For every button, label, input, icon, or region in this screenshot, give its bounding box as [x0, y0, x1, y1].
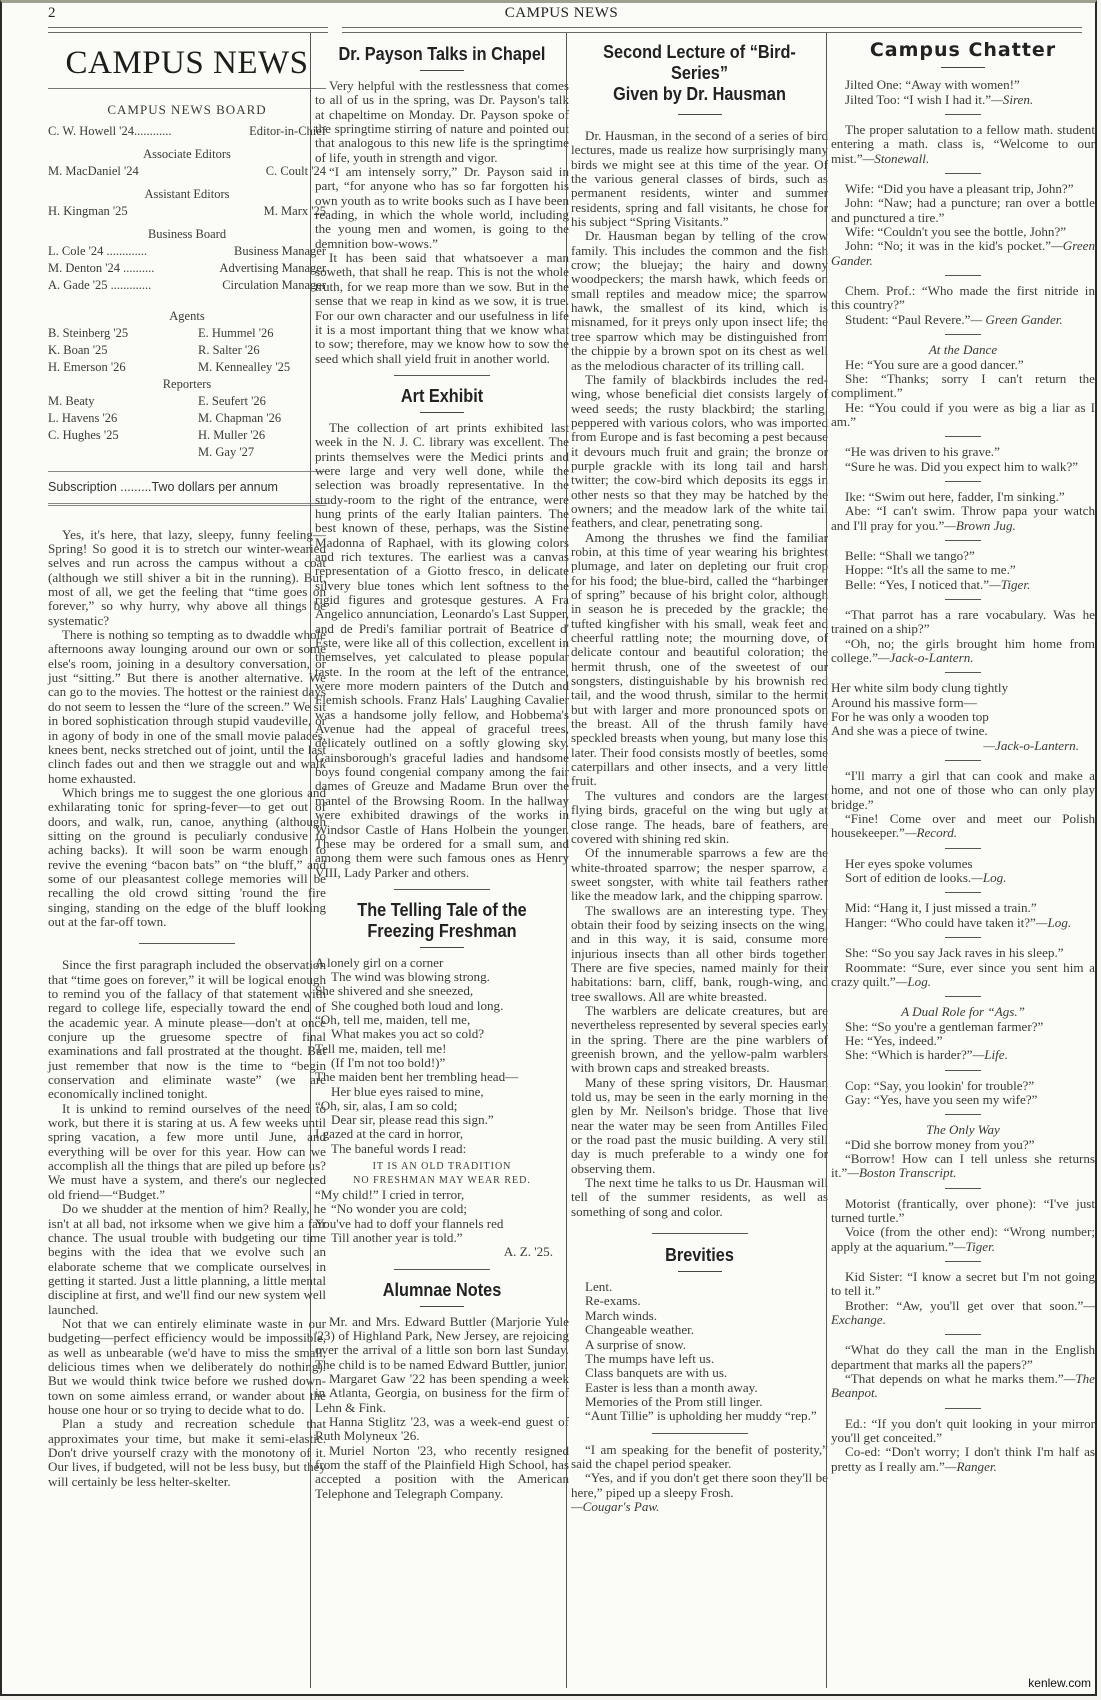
headline-rule	[420, 947, 464, 948]
chatter-source: —Green Gander.	[831, 238, 1095, 267]
chatter-item-title: At the Dance	[831, 343, 1095, 357]
editor-name: C. W. Howell '24	[48, 124, 134, 138]
article-paragraph: Very helpful with the restlessness that …	[315, 79, 569, 165]
chatter-line: Hoppe: “It's all the same to me.”	[831, 563, 1095, 577]
chatter-item: “That parrot has a rare vocabulary. Was …	[831, 608, 1095, 665]
article-paragraph: The family of blackbirds includes the re…	[571, 373, 828, 531]
staff-name: M. Beaty	[48, 393, 198, 410]
headline-campus-chatter: Campus Chatter	[831, 43, 1095, 57]
assistant-editors-row: H. Kingman '25 M. Marx '25	[48, 203, 326, 220]
headline-payson: Dr. Payson Talks in Chapel	[330, 43, 554, 64]
chatter-line: “He was driven to his grave.”	[831, 445, 1095, 459]
poem-line: Till another year is told.”	[315, 1231, 569, 1245]
board-title: CAMPUS NEWS BOARD	[48, 103, 326, 117]
chatter-line: “What do they call the man in the Englis…	[831, 1343, 1095, 1372]
chatter-line: Kid Sister: “I know a secret but I'm not…	[831, 1270, 1095, 1299]
staff-name	[48, 444, 198, 461]
editorial-paragraph: Plan a study and recreation schedule tha…	[48, 1417, 326, 1489]
poem-line: Dear sir, please read this sign.”	[315, 1113, 569, 1127]
headline-rule	[420, 70, 464, 71]
item-divider	[945, 1114, 981, 1115]
brevity-item: A surprise of snow.	[571, 1338, 828, 1352]
poem-line: She coughed both loud and long.	[315, 999, 569, 1013]
poem-sign-line: IT IS AN OLD TRADITION	[315, 1160, 569, 1174]
chatter-item: Belle: “Shall we tango?”Hoppe: “It's all…	[831, 549, 1095, 592]
poem-line: The wind was blowing strong.	[315, 970, 569, 984]
staff-name: H. Muller '26	[198, 427, 326, 444]
staff-name: B. Steinberg '25	[48, 325, 198, 342]
chatter-line: “Did she borrow money from you?”	[831, 1138, 1095, 1152]
poem-line: (If I'm not too bold!)”	[315, 1056, 569, 1070]
article-paragraph: The next time he talks to us Dr. Hausman…	[571, 1176, 828, 1219]
chatter-line: Belle: “Yes, I noticed that.”—Tiger.	[831, 578, 1095, 592]
poem-stanza: A lonely girl on a cornerThe wind was bl…	[315, 956, 569, 1156]
newspaper-page: 2 CAMPUS NEWS CAMPUS NEWS CAMPUS NEWS BO…	[0, 0, 1097, 1696]
item-divider	[945, 275, 981, 276]
chatter-line: “Oh, no; the girls brought him home from…	[831, 637, 1095, 666]
chatter-line: “Fine! Come over and meet our Polish hou…	[831, 812, 1095, 841]
item-divider	[945, 173, 981, 174]
staff-name: M. Kennealley '25	[198, 359, 326, 376]
editor-row: C. W. Howell '24............ Editor-in-C…	[48, 123, 326, 140]
item-divider	[945, 1261, 981, 1262]
column-three: Second Lecture of “Bird-Series” Given by…	[566, 33, 828, 1688]
chatter-line: John: “No; it was in the kid's pocket.”—…	[831, 239, 1095, 268]
item-divider	[945, 1408, 981, 1409]
verse-line: And she was a piece of twine.	[831, 724, 1095, 738]
chatter-line: “Sure he was. Did you expect him to walk…	[831, 460, 1095, 474]
chatter-line: Co-ed: “Don't worry; I don't think I'm h…	[831, 1445, 1095, 1474]
staff-name: M. Denton '24	[48, 261, 120, 275]
poem-line: “Oh, tell me, maiden, tell me,	[315, 1013, 569, 1027]
poem-stanza: “My child!” I cried in terror,“No wonder…	[315, 1188, 569, 1245]
staff-name: M. Chapman '26	[198, 410, 326, 427]
item-divider	[945, 114, 981, 115]
reporters-label: Reporters	[48, 376, 326, 393]
item-divider	[945, 996, 981, 997]
chatter-line: She: “Thanks; sorry I can't return the c…	[831, 372, 1095, 401]
verse-line: Around his massive form—	[831, 696, 1095, 710]
poem-signature: A. Z. '25.	[315, 1245, 569, 1259]
item-divider	[945, 848, 981, 849]
business-board-label: Business Board	[48, 226, 326, 243]
chatter-source: —Life.	[973, 1047, 1008, 1062]
brevity-item: Memories of the Prom still linger.	[571, 1395, 828, 1409]
staff-name: C. Hughes '25	[48, 427, 198, 444]
poem-line: “My child!” I cried in terror,	[315, 1188, 569, 1202]
item-divider	[945, 1070, 981, 1071]
chatter-item: “He was driven to his grave.”“Sure he wa…	[831, 445, 1095, 474]
verse-line: Her white silm body clung tightly	[831, 681, 1095, 695]
chatter-line: “That depends on what he marks them.”—Th…	[831, 1372, 1095, 1401]
column-campus-chatter: Campus Chatter Jilted One: “Away with wo…	[826, 33, 1095, 1688]
article-paragraph: The vultures and condors are the largest…	[571, 789, 828, 846]
chatter-line: Cop: “Say, you lookin' for trouble?”	[831, 1079, 1095, 1093]
headline-rule	[678, 1271, 722, 1272]
chatter-line: “Borrow! How can I tell unless she retur…	[831, 1152, 1095, 1181]
chatter-line: Ike: “Swim out here, fadder, I'm sinking…	[831, 490, 1095, 504]
staff-name: A. Gade '25	[48, 278, 108, 292]
staff-name: L. Cole '24	[48, 244, 103, 258]
poem-line: Her blue eyes raised to mine,	[315, 1085, 569, 1099]
chatter-source: —Exchange.	[831, 1298, 1095, 1327]
chatter-line: She: “So you're a gentleman farmer?”	[831, 1020, 1095, 1034]
brevity-item: Easter is less than a month away.	[571, 1381, 828, 1395]
item-divider	[945, 672, 981, 673]
chatter-source: — Green Gander.	[970, 312, 1062, 327]
staff-name: R. Salter '26	[198, 342, 326, 359]
poem-line: I gazed at the card in horror,	[315, 1127, 569, 1141]
article-paragraph: Dr. Hausman, in the second of a series o…	[571, 129, 828, 229]
joke-source: —Cougar's Paw.	[571, 1500, 828, 1514]
chatter-item: Kid Sister: “I know a secret but I'm not…	[831, 1270, 1095, 1327]
chatter-line: Jilted Too: “I wish I had it.”—Siren.	[831, 93, 1095, 107]
article-paragraph: The swallows are an interesting type. Th…	[571, 904, 828, 1004]
article-paragraph: Many of these spring visitors, Dr. Hausm…	[571, 1076, 828, 1176]
masthead-rule	[48, 88, 326, 89]
editorial-paragraph: It is unkind to remind ourselves of the …	[48, 1102, 326, 1202]
subscription-line: Subscription .........Two dollars per an…	[48, 471, 326, 505]
editorial-paragraph: Not that we can entirely eliminate waste…	[48, 1317, 326, 1417]
section-divider	[652, 1233, 748, 1234]
leader-dots: .............	[111, 278, 152, 292]
chatter-item: Mid: “Hang it, I just missed a train.”Ha…	[831, 901, 1095, 930]
brevity-item: Re-exams.	[571, 1294, 828, 1308]
chatter-item: At the DanceHe: “You sure are a good dan…	[831, 343, 1095, 429]
verse-line: For he was only a wooden top	[831, 710, 1095, 724]
headline-brevities: Brevities	[586, 1244, 812, 1265]
chatter-line: Mid: “Hang it, I just missed a train.”	[831, 901, 1095, 915]
chatter-item: Her white silm body clung tightlyAround …	[831, 681, 1095, 753]
chatter-item-title: The Only Way	[831, 1123, 1095, 1137]
headline-rule	[420, 1306, 464, 1307]
chatter-line: The proper salutation to a fellow math. …	[831, 123, 1095, 166]
chatter-item: The Only Way“Did she borrow money from y…	[831, 1123, 1095, 1180]
staff-name: M. MacDaniel '24	[48, 163, 139, 180]
article-paragraph: Of the innumerable sparrows a few are th…	[571, 846, 828, 903]
business-row: L. Cole '24 ............. Business Manag…	[48, 243, 326, 260]
chatter-line: Belle: “Shall we tango?”	[831, 549, 1095, 563]
chatter-item: Jilted One: “Away with women!”Jilted Too…	[831, 78, 1095, 107]
article-paragraph: Muriel Norton '23, who recently resigned…	[315, 1444, 569, 1501]
agents-label: Agents	[48, 308, 326, 325]
chatter-item: She: “So you say Jack raves in his sleep…	[831, 946, 1095, 989]
business-row: A. Gade '25 ............. Circulation Ma…	[48, 277, 326, 294]
article-paragraph: The warblers are delicate creatures, but…	[571, 1004, 828, 1076]
chatter-line: Her eyes spoke volumes	[831, 857, 1095, 871]
headline-rule	[678, 114, 722, 115]
chatter-line: Wife: “Couldn't you see the bottle, John…	[831, 225, 1095, 239]
poem-line: You've had to doff your flannels red	[315, 1217, 569, 1231]
chatter-line: Jilted One: “Away with women!”	[831, 78, 1095, 92]
chatter-line: Sort of edition de looks.—Log.	[831, 871, 1095, 885]
chatter-line: Ed.: “If you don't quit looking in your …	[831, 1417, 1095, 1446]
headline-bird-series-line2: Given by Dr. Hausman	[586, 83, 812, 104]
staff-name: E. Seufert '26	[198, 393, 326, 410]
chatter-line: Brother: “Aw, you'll get over that soon.…	[831, 1299, 1095, 1328]
item-divider	[945, 937, 981, 938]
column-two: Dr. Payson Talks in Chapel Very helpful …	[310, 33, 569, 1688]
chatter-source: —Log.	[1036, 915, 1071, 930]
section-divider	[652, 1433, 748, 1434]
brevities-list: Lent.Re-exams.March winds.Changeable wea…	[571, 1280, 828, 1423]
brevity-item: “Aunt Tillie” is upholding her muddy “re…	[571, 1409, 828, 1423]
item-divider	[945, 481, 981, 482]
chatter-source: —Log.	[971, 870, 1006, 885]
chatter-source: —Siren.	[991, 92, 1033, 107]
poem-line: The maiden bent her trembling head—	[315, 1070, 569, 1084]
headline-freezing-freshman: The Telling Tale of the Freezing Freshma…	[330, 899, 554, 941]
chatter-line: Hanger: “Who could have taken it?”—Log.	[831, 916, 1095, 930]
brevity-item: March winds.	[571, 1309, 828, 1323]
article-paragraph: Hanna Stiglitz '23, was a week-end guest…	[315, 1415, 569, 1444]
chatter-item: Motorist (frantically, over phone): “I'v…	[831, 1197, 1095, 1254]
chatter-item: The proper salutation to a fellow math. …	[831, 123, 1095, 166]
agents-list: B. Steinberg '25 E. Hummel '26 K. Boan '…	[48, 325, 326, 376]
editorial-paragraph: Since the first paragraph included the o…	[48, 958, 326, 1101]
section-divider	[394, 1269, 490, 1270]
staff-name: K. Boan '25	[48, 342, 198, 359]
chatter-item: Cop: “Say, you lookin' for trouble?”Gay:…	[831, 1079, 1095, 1108]
chatter-item: Ike: “Swim out here, fadder, I'm sinking…	[831, 490, 1095, 533]
leader-dots: ............	[134, 124, 172, 138]
item-divider	[945, 892, 981, 893]
chatter-line: John: “Naw; had a puncture; ran over a b…	[831, 196, 1095, 225]
chatter-line: She: “Which is harder?”—Life.	[831, 1048, 1095, 1062]
item-divider	[945, 540, 981, 541]
chatter-line: He: “You could if you were as big a liar…	[831, 401, 1095, 430]
poem-sign-line: NO FRESHMAN MAY WEAR RED.	[315, 1174, 569, 1188]
chatter-item: Her eyes spoke volumesSort of edition de…	[831, 857, 1095, 886]
chatter-item: Ed.: “If you don't quit looking in your …	[831, 1417, 1095, 1474]
chatter-source: —The Beanpot.	[831, 1371, 1095, 1400]
chatter-line: He: “You sure are a good dancer.”	[831, 358, 1095, 372]
chatter-source: —Log.	[896, 974, 931, 989]
chatter-line: Student: “Paul Revere.”— Green Gander.	[831, 313, 1095, 327]
article-paragraph: The collection of art prints exhibited l…	[315, 421, 569, 880]
editorial-paragraph: There is nothing so tempting as to dwadd…	[48, 628, 326, 786]
associate-editors-label: Associate Editors	[48, 146, 326, 163]
chatter-item-title: A Dual Role for “Ags.”	[831, 1005, 1095, 1019]
item-divider	[945, 1334, 981, 1335]
chatter-item: Chem. Prof.: “Who made the first nitride…	[831, 284, 1095, 327]
column-editorial: CAMPUS NEWS CAMPUS NEWS BOARD C. W. Howe…	[48, 33, 326, 1688]
chatter-source: —Tiger.	[989, 577, 1030, 592]
item-divider	[945, 599, 981, 600]
staff-name: E. Hummel '26	[198, 325, 326, 342]
headline-rule	[420, 412, 464, 413]
staff-name: H. Emerson '26	[48, 359, 198, 376]
chatter-item: “I'll marry a girl that can cook and mak…	[831, 769, 1095, 841]
chatter-source: —Tiger.	[954, 1239, 995, 1254]
chatter-line: Wife: “Did you have a pleasant trip, Joh…	[831, 182, 1095, 196]
masthead-title: CAMPUS NEWS	[48, 41, 326, 85]
running-header: 2 CAMPUS NEWS	[48, 5, 1075, 27]
poem-line: “No wonder you are cold;	[315, 1202, 569, 1216]
brevity-item: Class banquets are with us.	[571, 1366, 828, 1380]
item-divider	[945, 1188, 981, 1189]
chatter-line: “I'll marry a girl that can cook and mak…	[831, 769, 1095, 812]
chatter-source: —Boston Transcript.	[847, 1165, 956, 1180]
headline-art-exhibit: Art Exhibit	[330, 385, 554, 406]
chatter-line: Motorist (frantically, over phone): “I'v…	[831, 1197, 1095, 1226]
headline-rule	[941, 67, 985, 68]
staff-name: L. Havens '26	[48, 410, 198, 427]
chatter-line: Roommate: “Sure, ever since you sent him…	[831, 961, 1095, 990]
section-divider	[394, 375, 490, 376]
running-title: CAMPUS NEWS	[48, 5, 1075, 22]
brevity-item: Lent.	[571, 1280, 828, 1294]
chatter-line: Gay: “Yes, have you seen my wife?”	[831, 1093, 1095, 1107]
item-divider	[945, 436, 981, 437]
poem-line: What makes you act so cold?	[315, 1027, 569, 1041]
brevity-item: The mumps have left us.	[571, 1352, 828, 1366]
chatter-line: Abe: “I can't swim. Throw papa your watc…	[831, 504, 1095, 533]
headline-alumnae-notes: Alumnae Notes	[330, 1279, 554, 1300]
leader-dots: .............	[107, 244, 148, 258]
article-paragraph: Among the thrushes we find the familiar …	[571, 531, 828, 789]
editorial-paragraph: Do we shudder at the mention of him? Rea…	[48, 1202, 326, 1317]
item-divider	[945, 760, 981, 761]
leader-dots: ..........	[123, 261, 154, 275]
chatter-source: —Ranger.	[945, 1459, 997, 1474]
chatter-source: —Jack-o-Lantern.	[831, 739, 1095, 753]
chatter-line: He: “Yes, indeed.”	[831, 1034, 1095, 1048]
editorial-part1: Yes, it's here, that lazy, sleepy, funny…	[48, 528, 326, 930]
chatter-source: —Jack-o-Lantern.	[878, 650, 974, 665]
staff-name: H. Kingman '25	[48, 203, 128, 220]
poem-line: The baneful words I read:	[315, 1142, 569, 1156]
editorial-paragraph: Yes, it's here, that lazy, sleepy, funny…	[48, 528, 326, 628]
section-divider	[139, 943, 235, 944]
joke-line: “Yes, and if you don't get there soon th…	[571, 1471, 828, 1500]
chatter-line: “That parrot has a rare vocabulary. Was …	[831, 608, 1095, 637]
poem-line: “Oh, sir, alas, I am so cold;	[315, 1099, 569, 1113]
staff-name: M. Gay '27	[198, 444, 326, 461]
associate-editors-row: M. MacDaniel '24 C. Coult '24	[48, 163, 326, 180]
poem-line: Tell me, maiden, tell me!	[315, 1042, 569, 1056]
headline-bird-series-line1: Second Lecture of “Bird-Series”	[586, 41, 812, 83]
brevity-item: Changeable weather.	[571, 1323, 828, 1337]
business-row: M. Denton '24 .......... Advertising Man…	[48, 260, 326, 277]
chatter-line: Voice (from the other end): “Wrong numbe…	[831, 1225, 1095, 1254]
article-paragraph: It has been said that whatsoever a man s…	[315, 251, 569, 366]
chatter-line: Chem. Prof.: “Who made the first nitride…	[831, 284, 1095, 313]
poem-line: A lonely girl on a corner	[315, 956, 569, 970]
poem-line: She shivered and she sneezed,	[315, 984, 569, 998]
chatter-source: —Record.	[905, 825, 957, 840]
editorial-part2: Since the first paragraph included the o…	[48, 958, 326, 1489]
reporters-list: M. Beaty E. Seufert '26 L. Havens '26 M.…	[48, 393, 326, 461]
chatter-item: “What do they call the man in the Englis…	[831, 1343, 1095, 1400]
article-paragraph: Mr. and Mrs. Edward Buttler (Marjorie Yu…	[315, 1315, 569, 1372]
joke-line: “I am speaking for the benefit of poster…	[571, 1443, 828, 1472]
chatter-item: Wife: “Did you have a pleasant trip, Joh…	[831, 182, 1095, 268]
chatter-source: —Brown Jug.	[944, 518, 1016, 533]
chatter-line: She: “So you say Jack raves in his sleep…	[831, 946, 1095, 960]
chatter-list: Jilted One: “Away with women!”Jilted Too…	[831, 78, 1095, 1474]
watermark: kenlew.com	[1028, 1676, 1091, 1690]
article-paragraph: “I am intensely sorry,” Dr. Payson said …	[315, 165, 569, 251]
item-divider	[945, 334, 981, 335]
article-paragraph: Margaret Gaw '22 has been spending a wee…	[315, 1372, 569, 1415]
editorial-paragraph: Which brings me to suggest the one glori…	[48, 786, 326, 929]
chatter-item: A Dual Role for “Ags.”She: “So you're a …	[831, 1005, 1095, 1062]
section-divider	[394, 889, 490, 890]
chatter-source: —Stonewall.	[863, 151, 930, 166]
assistant-editors-label: Assistant Editors	[48, 186, 326, 203]
article-paragraph: Dr. Hausman began by telling of the crow…	[571, 229, 828, 372]
